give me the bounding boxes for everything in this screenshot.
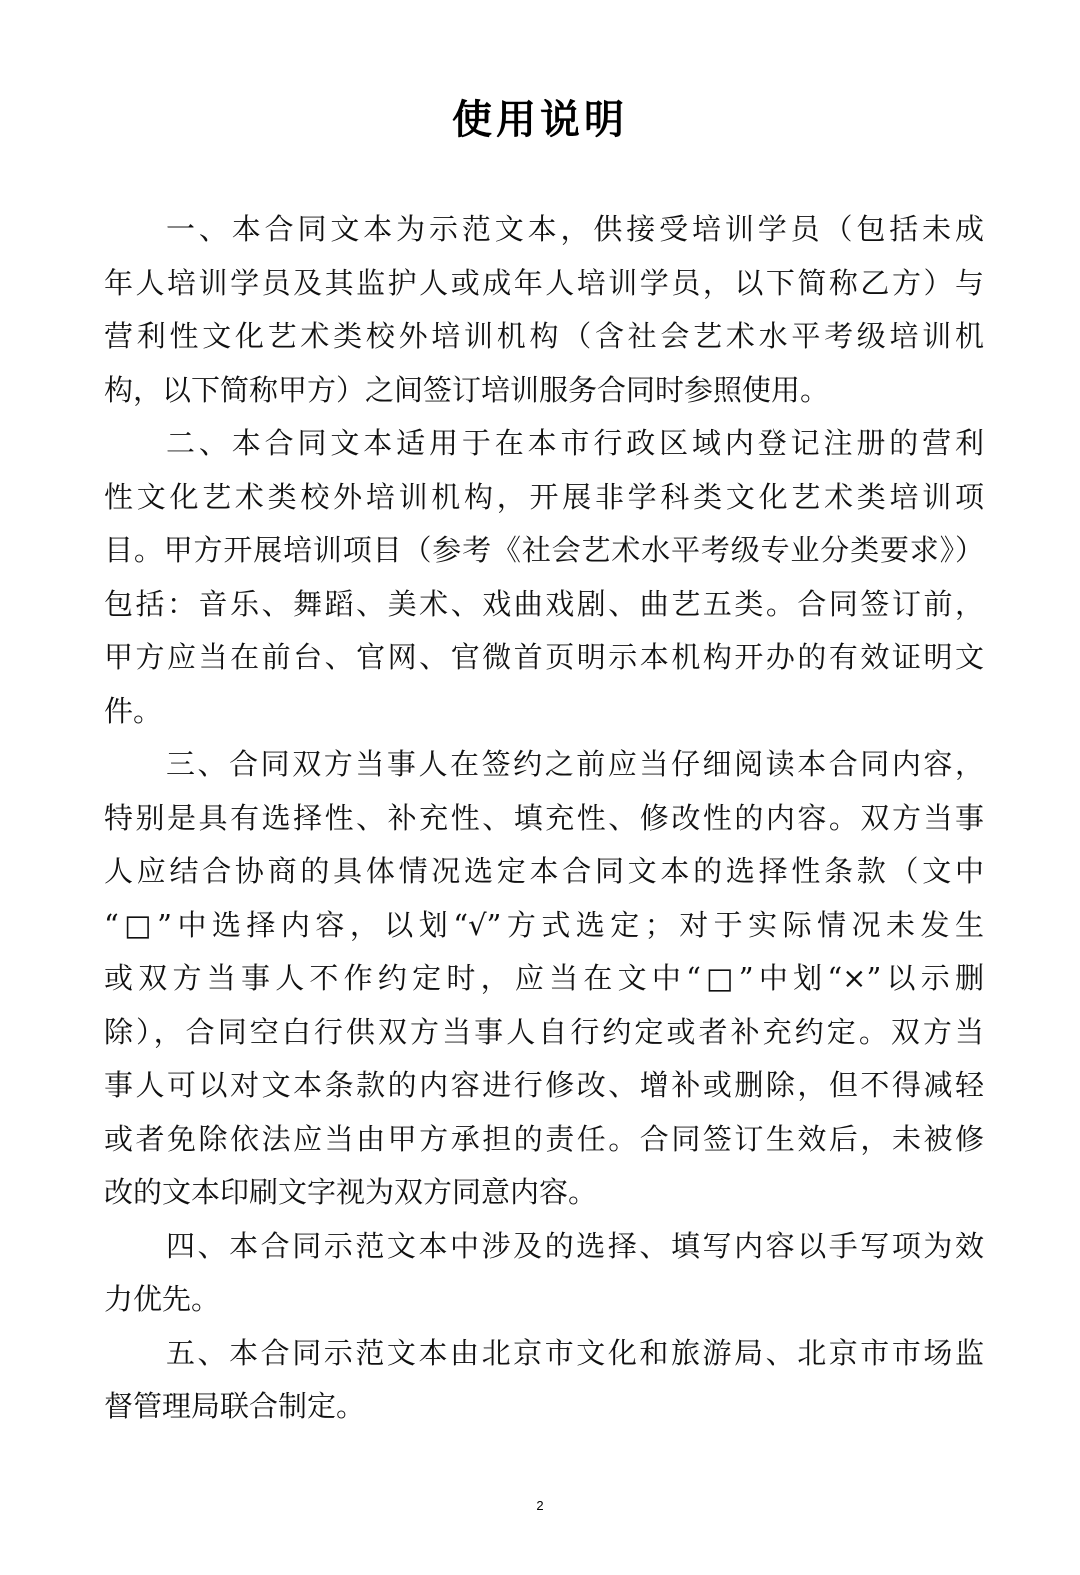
paragraph-5: 五、本合同示范文本由北京市文化和旅游局、北京市市场监 督管理局联合制定。 — [104, 1327, 984, 1434]
paragraph-2: 二、本合同文本适用于在本市行政区域内登记注册的营利 性文化艺术类校外培训机构，开… — [104, 417, 984, 738]
text-line: 营利性文化艺术类校外培训机构（含社会艺术水平考级培训机 — [104, 310, 984, 364]
text-line: 除），合同空白行供双方当事人自行约定或者补充约定。双方当 — [104, 1006, 984, 1060]
paragraph-1: 一、本合同文本为示范文本，供接受培训学员（包括未成 年人培训学员及其监护人或成年… — [104, 203, 984, 417]
text-line: 或双方当事人不作约定时，应当在文中“□”中划“×”以示删 — [104, 952, 984, 1006]
text-line: 或者免除依法应当由甲方承担的责任。合同签订生效后，未被修 — [104, 1113, 984, 1167]
text-line: 督管理局联合制定。 — [104, 1380, 984, 1434]
text-line: 改的文本印刷文字视为双方同意内容。 — [104, 1166, 984, 1220]
paragraph-3: 三、合同双方当事人在签约之前应当仔细阅读本合同内容， 特别是具有选择性、补充性、… — [104, 738, 984, 1220]
page-number: 2 — [0, 1498, 1080, 1513]
page-title: 使用说明 — [0, 88, 1080, 145]
text-line: 构，以下简称甲方）之间签订培训服务合同时参照使用。 — [104, 364, 984, 418]
text-line: 目。甲方开展培训项目（参考《社会艺术水平考级专业分类要求》） — [104, 524, 984, 578]
paragraph-4: 四、本合同示范文本中涉及的选择、填写内容以手写项为效 力优先。 — [104, 1220, 984, 1327]
text-line: 性文化艺术类校外培训机构，开展非学科类文化艺术类培训项 — [104, 471, 984, 525]
text-line: 四、本合同示范文本中涉及的选择、填写内容以手写项为效 — [104, 1220, 984, 1274]
instructions-body: 一、本合同文本为示范文本，供接受培训学员（包括未成 年人培训学员及其监护人或成年… — [104, 203, 984, 1434]
text-line: 人应结合协商的具体情况选定本合同文本的选择性条款（文中 — [104, 845, 984, 899]
text-line: 三、合同双方当事人在签约之前应当仔细阅读本合同内容， — [104, 738, 984, 792]
text-line: 年人培训学员及其监护人或成年人培训学员，以下简称乙方）与 — [104, 257, 984, 311]
text-line: 甲方应当在前台、官网、官微首页明示本机构开办的有效证明文 — [104, 631, 984, 685]
text-line: 一、本合同文本为示范文本，供接受培训学员（包括未成 — [104, 203, 984, 257]
text-line: 事人可以对文本条款的内容进行修改、增补或删除，但不得减轻 — [104, 1059, 984, 1113]
document-page: 使用说明 一、本合同文本为示范文本，供接受培训学员（包括未成 年人培训学员及其监… — [0, 0, 1080, 1575]
text-line: 五、本合同示范文本由北京市文化和旅游局、北京市市场监 — [104, 1327, 984, 1381]
text-line: 二、本合同文本适用于在本市行政区域内登记注册的营利 — [104, 417, 984, 471]
text-line: 包括：音乐、舞蹈、美术、戏曲戏剧、曲艺五类。合同签订前， — [104, 578, 984, 632]
text-line: 力优先。 — [104, 1273, 984, 1327]
text-line: “□”中选择内容，以划“√”方式选定；对于实际情况未发生 — [104, 899, 984, 953]
text-line: 特别是具有选择性、补充性、填充性、修改性的内容。双方当事 — [104, 792, 984, 846]
text-line: 件。 — [104, 685, 984, 739]
